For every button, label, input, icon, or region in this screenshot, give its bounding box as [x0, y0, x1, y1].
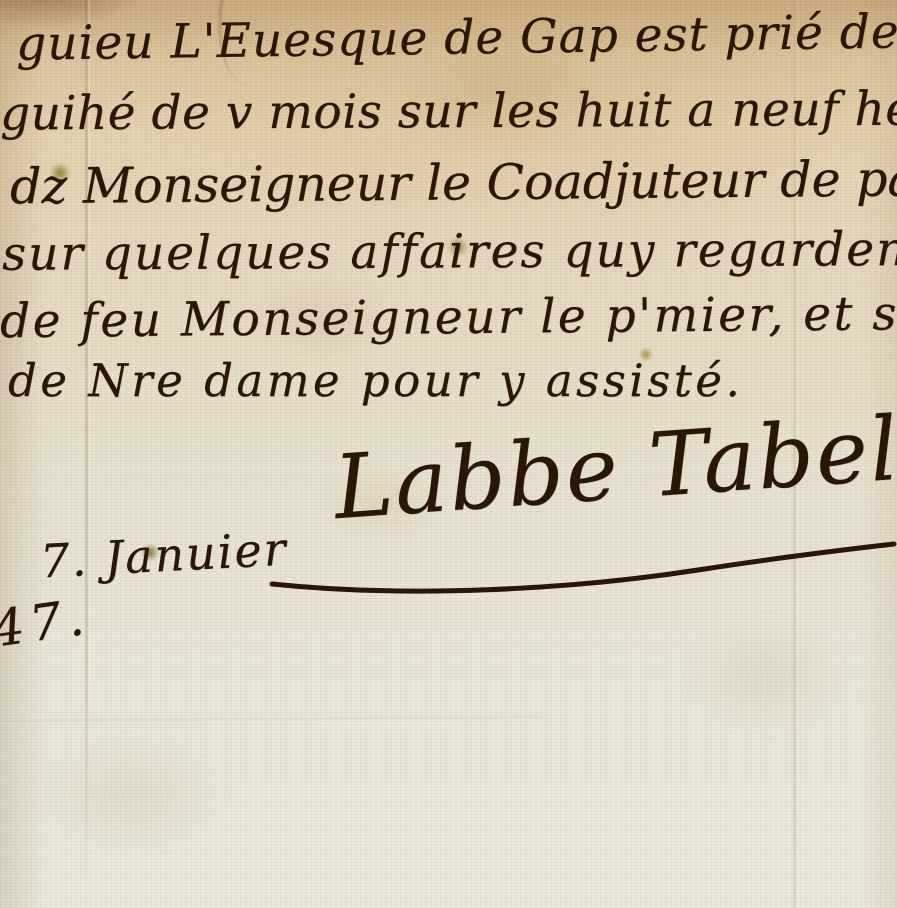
manuscript-line-6: de Nre dame pour y assisté. [8, 354, 743, 407]
stain [688, 618, 843, 733]
signature-flourish-underline [268, 532, 897, 602]
manuscript-line-1: guieu L'Euesque de Gap est prié de se [16, 3, 897, 71]
manuscript-line-2: guihé de v mois sur les huit a neuf he [0, 82, 897, 142]
fold-crease-horizontal [0, 716, 540, 724]
date-line: 7. Januier [39, 522, 289, 589]
manuscript-line-5: de feu Monseigneur le p'mier, et se [0, 286, 897, 349]
year-line: 47. [0, 587, 93, 658]
manuscript-photo: guieu L'Euesque de Gap est prié de se gu… [0, 0, 897, 908]
manuscript-line-3: dz Monseigneur le Coadjuteur de paris [10, 150, 897, 215]
manuscript-line-4: sur quelques affaires quy regardent la n [2, 221, 897, 281]
stain [38, 738, 223, 853]
signature: Labbe Tabell [331, 395, 897, 539]
